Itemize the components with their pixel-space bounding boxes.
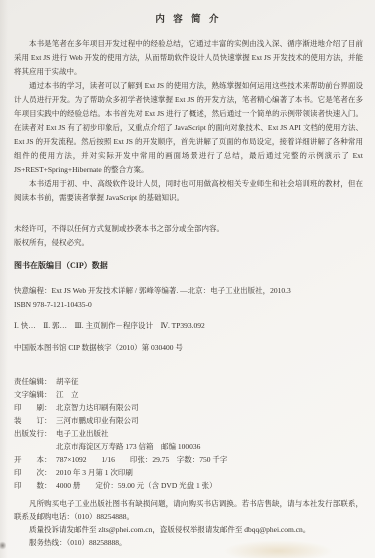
colophon-label: 出版发行：	[14, 427, 56, 440]
colophon-value: 三河市鹏成印业有限公司	[56, 414, 363, 427]
colophon-label: 印 数：	[14, 479, 56, 492]
colophon-value: 4000 册 定价：59.00 元（含 DVD 光盘 1 张）	[56, 479, 363, 492]
colophon-row: 开 本： 787×1092 1/16 印张：29.75 字数：750 千字	[14, 453, 363, 466]
colophon-label: 印 刷：	[14, 401, 56, 414]
colophon-row: 出版发行： 电子工业出版社	[14, 427, 363, 440]
colophon-value: 2010 年 3 月第 1 次印刷	[56, 466, 363, 479]
colophon-value: 北京市海淀区万寿路 173 信箱 邮编 100036	[56, 440, 363, 453]
colophon-label	[14, 440, 56, 453]
quality-complaint-line: 质量投诉请发邮件至 zlts@phei.com.cn，盗版侵权举报请发邮件至 d…	[14, 523, 363, 536]
colophon-section: 责任编辑： 胡辛征 文字编辑： 江 立 印 刷： 北京智力达印刷有限公司 装 订…	[14, 375, 363, 492]
colophon-value: 江 立	[56, 388, 363, 401]
colophon-row: 印 次： 2010 年 3 月第 1 次印刷	[14, 466, 363, 479]
colophon-value: 电子工业出版社	[56, 427, 363, 440]
scan-artifact	[0, 541, 6, 550]
content-summary-title: 内 容 简 介	[14, 14, 363, 26]
intro-paragraph: 本书是笔者在多年项目开发过程中的经验总结，它通过丰富的实例由浅入深、循序渐进地介…	[14, 37, 363, 79]
colophon-row: 印 数： 4000 册 定价：59.00 元（含 DVD 光盘 1 张）	[14, 479, 363, 492]
cip-classification: Ⅰ. 快… Ⅱ. 郭… Ⅲ. 主页制作－程序设计 Ⅳ. TP393.092	[14, 320, 363, 332]
intro-paragraph: 本书适用于初、中、高级软件设计人员，同时也可用做高校相关专业师生和社会培训班的教…	[14, 177, 363, 205]
purchase-notice: 凡所购买电子工业出版社图书有缺损问题，请向购买书店调换。若书店售缺，请与本社发行…	[14, 497, 363, 523]
colophon-row: 装 订： 三河市鹏成印业有限公司	[14, 414, 363, 427]
colophon-value: 胡辛征	[56, 375, 363, 388]
cip-title-line: 快意编程：Ext JS Web 开发技术详解 / 郭峰等编著. —北京：电子工业…	[14, 284, 363, 298]
colophon-label: 开 本：	[14, 453, 56, 466]
colophon-row: 责任编辑： 胡辛征	[14, 375, 363, 388]
cip-heading: 图书在版编目（CIP）数据	[14, 260, 363, 272]
cip-record-number: 中国版本图书馆 CIP 数据核字（2010）第 030400 号	[14, 342, 363, 354]
colophon-row: 印 刷： 北京智力达印刷有限公司	[14, 401, 363, 414]
colophon-row: 北京市海淀区万寿路 173 信箱 邮编 100036	[14, 440, 363, 453]
copyright-line: 版权所有，侵权必究。	[14, 236, 363, 250]
book-copyright-page: 内 容 简 介 本书是笔者在多年项目开发过程中的经验总结，它通过丰富的实例由浅入…	[0, 0, 375, 558]
service-hotline-line: 服务热线：（010）88258888。	[14, 536, 363, 549]
colophon-label: 装 订：	[14, 414, 56, 427]
copyright-line: 未经许可，不得以任何方式复制或抄袭本书之部分或全部内容。	[14, 222, 363, 236]
page-edge-shadow	[0, 0, 8, 558]
cip-data-block: 快意编程：Ext JS Web 开发技术详解 / 郭峰等编著. —北京：电子工业…	[14, 284, 363, 311]
colophon-value: 787×1092 1/16 印张：29.75 字数：750 千字	[56, 453, 363, 466]
page-content: 内 容 简 介 本书是笔者在多年项目开发过程中的经验总结，它通过丰富的实例由浅入…	[14, 12, 363, 549]
service-notice-section: 凡所购买电子工业出版社图书有缺损问题，请向购买书店调换。若书店售缺，请与本社发行…	[14, 497, 363, 549]
colophon-value: 北京智力达印刷有限公司	[56, 401, 363, 414]
colophon-label: 责任编辑：	[14, 375, 56, 388]
intro-paragraph: 通过本书的学习，读者可以了解到 Ext JS 的使用方法，熟练掌握如何运用这些技…	[14, 79, 363, 177]
colophon-label: 印 次：	[14, 466, 56, 479]
colophon-row: 文字编辑： 江 立	[14, 388, 363, 401]
copyright-notice: 未经许可，不得以任何方式复制或抄袭本书之部分或全部内容。 版权所有，侵权必究。	[14, 222, 363, 249]
cip-isbn: ISBN 978-7-121-10435-0	[14, 298, 363, 312]
content-summary-section: 本书是笔者在多年项目开发过程中的经验总结，它通过丰富的实例由浅入深、循序渐进地介…	[14, 37, 363, 205]
colophon-label: 文字编辑：	[14, 388, 56, 401]
